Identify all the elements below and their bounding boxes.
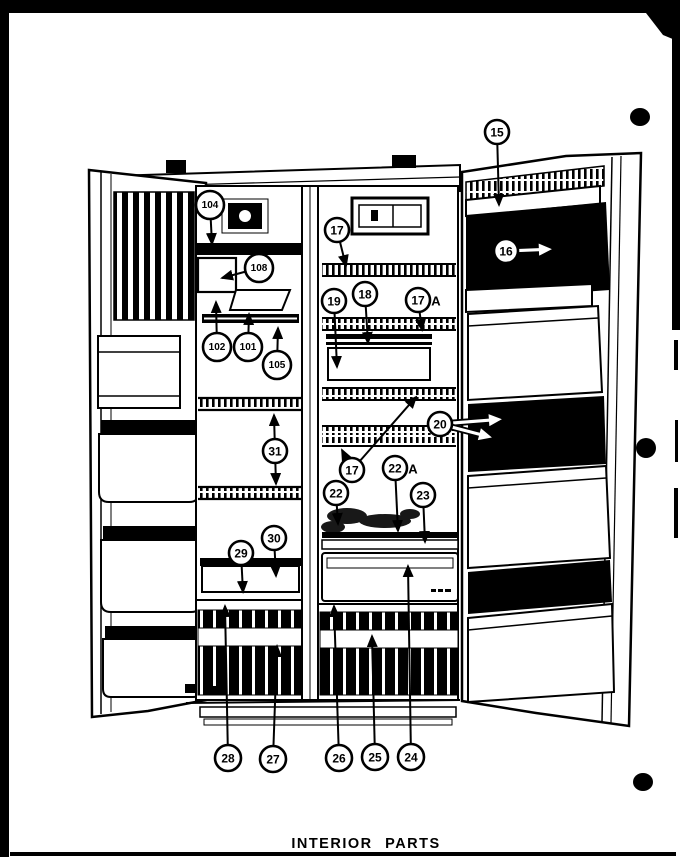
wire-shelf: [322, 318, 456, 330]
callout-label: 30: [267, 532, 281, 546]
callout-label: 18: [358, 288, 372, 302]
scan-edge-top: [0, 0, 680, 13]
door-bin: [99, 420, 199, 502]
callout-label: 17: [345, 464, 359, 478]
callout-label: 23: [416, 489, 430, 503]
freezer-shelf: [198, 398, 301, 410]
door-bin: [468, 604, 614, 702]
callout-label: 16: [499, 245, 513, 259]
wire-shelf: [322, 264, 456, 276]
interior-parts-diagram: 151610410810210110517191817A2031172222A2…: [0, 0, 680, 857]
freezer-door: [89, 170, 206, 717]
freezer-shelf-front: [202, 566, 299, 592]
crisper-shelf-edge: [322, 532, 458, 538]
punch-hole-dot: [630, 108, 650, 126]
callout-label: 22: [388, 462, 402, 476]
fresh-food-basket: [320, 612, 458, 695]
figure-title: INTERIOR PARTS: [291, 836, 440, 852]
callout-label: 27: [266, 753, 280, 767]
callout-label: 26: [332, 752, 346, 766]
callout-label: 17: [330, 224, 344, 238]
hinge-block: [166, 160, 186, 173]
scan-edge-bottom: [10, 852, 676, 856]
center-mullion: [302, 186, 318, 700]
callout-label: 19: [327, 295, 341, 309]
wire-shelf: [322, 388, 456, 400]
hinge-block: [392, 155, 416, 168]
punch-hole-dot: [636, 438, 656, 458]
door-liner-ribs: [114, 192, 194, 320]
scan-edge-left: [0, 0, 9, 857]
scan-edge-right: [672, 0, 680, 330]
scanned-manual-page: 151610410810210110517191817A2031172222A2…: [0, 0, 680, 857]
callout-label: 20: [433, 418, 447, 432]
scan-speck: [675, 420, 678, 462]
door-bin: [101, 526, 201, 612]
callout-label: 31: [268, 445, 282, 459]
meat-pan-rail: [326, 342, 432, 345]
control-console: [352, 198, 428, 234]
punch-hole-dot: [633, 773, 653, 791]
door-stop: [209, 686, 221, 695]
crisper-drawer: [322, 553, 458, 601]
fresh-food-compartment: [318, 186, 458, 700]
callout-label: 108: [251, 263, 268, 274]
scan-speck: [674, 340, 678, 370]
callout-label: 24: [404, 751, 418, 765]
ice-bucket: [230, 290, 290, 310]
callout-label: 17: [411, 294, 425, 308]
callout-label: 22: [329, 487, 343, 501]
meat-pan-rail: [326, 334, 432, 339]
meat-pan: [328, 348, 430, 380]
callout-label: 105: [269, 360, 286, 371]
callout-label: 104: [202, 200, 219, 211]
freezer-duct: [196, 243, 302, 255]
callout-label: 29: [234, 547, 248, 561]
callout-label: 102: [209, 342, 226, 353]
door-bin: [468, 466, 610, 568]
freezer-shelf: [198, 487, 301, 499]
door-rack: [98, 336, 180, 408]
scan-speck: [674, 488, 678, 538]
callout-label: 15: [490, 126, 504, 140]
door-bin: [468, 306, 602, 400]
door-stop: [185, 684, 197, 693]
callout-suffix: A: [408, 462, 418, 477]
callout-label: 101: [240, 342, 257, 353]
callout-suffix: A: [431, 294, 441, 309]
callout-label: 28: [221, 752, 235, 766]
freezer-basket: [198, 610, 302, 695]
crisper-glass-shelf: [322, 540, 458, 549]
callout-label: 25: [368, 751, 382, 765]
